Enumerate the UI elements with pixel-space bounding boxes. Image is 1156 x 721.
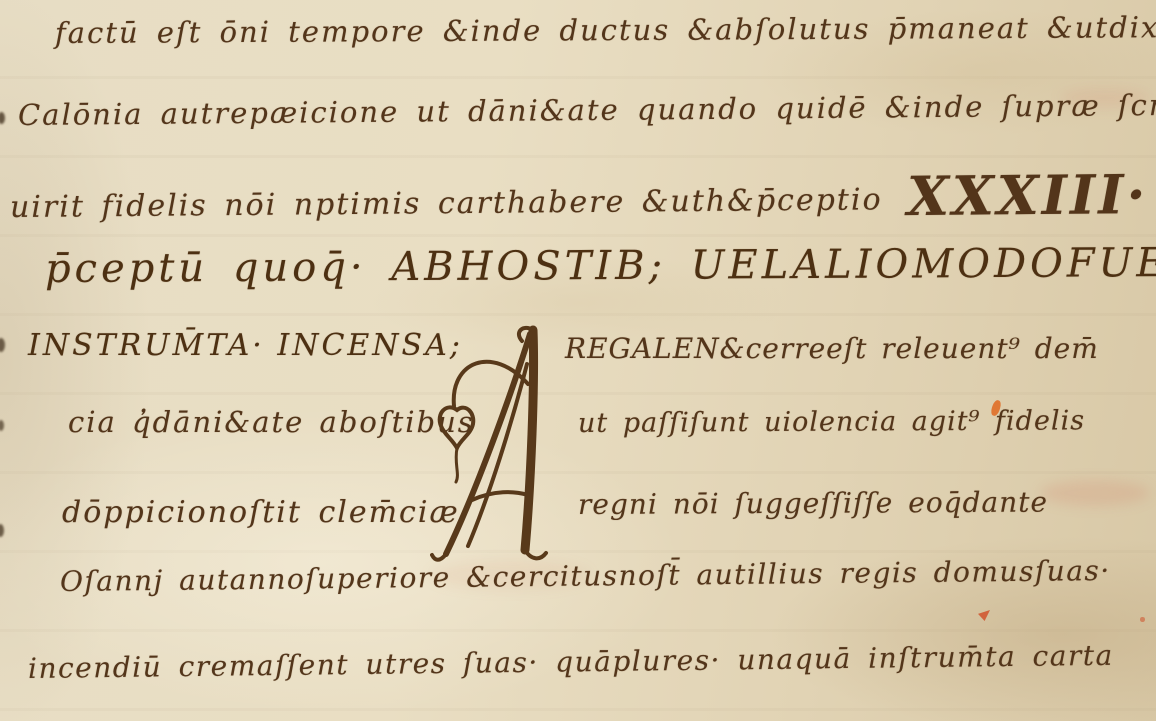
manuscript-line-9: incendiū cremaſſent utres ſuas· quāplure…: [28, 639, 1114, 685]
initial-crossbar: [472, 492, 528, 500]
heart-tail: [456, 448, 457, 482]
heart-flourish-icon: [440, 407, 474, 448]
manuscript-line-1: factū eſt ōni tempore &inde ductus &abſo…: [55, 10, 1156, 50]
manuscript-line-4-display: p̄ceptū quoq̄· ABHOSTIB; UELALIOMODOFUER…: [45, 239, 1156, 292]
manuscript-line-8: Oſannj autannoſuperiore &cercitusnoſt̄ a…: [60, 554, 1111, 598]
manuscript-line-5-right: REGALEN&cerreeſt releuent⁹ dem̄: [565, 332, 1099, 365]
initial-right-foot: [525, 550, 546, 558]
parchment-edge-spot: [0, 420, 4, 431]
manuscript-line-6-right: ut paſſiſunt uiolencia agit⁹ fidelis: [578, 405, 1085, 439]
initial-left-foot: [432, 554, 446, 560]
manuscript-page: factū eſt ōni tempore &inde ductus &abſo…: [0, 0, 1156, 721]
parchment-edge-spot: [0, 338, 5, 352]
manuscript-line-6-left: cia q̓dāni&ate aboſtibus: [68, 405, 475, 439]
manuscript-line-3: uirit fidelis nōi nptimis carthabere &ut…: [10, 162, 1149, 236]
manuscript-line-7-left: dōppicionoſtit clem̄ciæ: [62, 495, 460, 530]
manuscript-line-2: Calōnia autrepæicione ut dāni&ate quando…: [18, 87, 1156, 132]
manuscript-line-7-right: regni nōi ſuggeſſiſſe eoq̄dante: [578, 486, 1048, 521]
initial-inner-stroke: [468, 364, 527, 546]
manuscript-line-5-left: INSTRUM̄TA· INCENSA;: [28, 328, 463, 363]
illuminated-initial-a: [430, 322, 570, 567]
rubric-red-mark: [978, 610, 990, 621]
folio-number: XXXIII·: [907, 162, 1149, 228]
parchment-edge-spot: [0, 112, 5, 124]
parchment-edge-spot: [0, 524, 4, 537]
ink-bleed-stain: [1040, 480, 1150, 506]
rubric-red-dot: [1140, 617, 1145, 622]
line-3-text: uirit fidelis nōi nptimis carthabere &ut…: [10, 182, 883, 225]
